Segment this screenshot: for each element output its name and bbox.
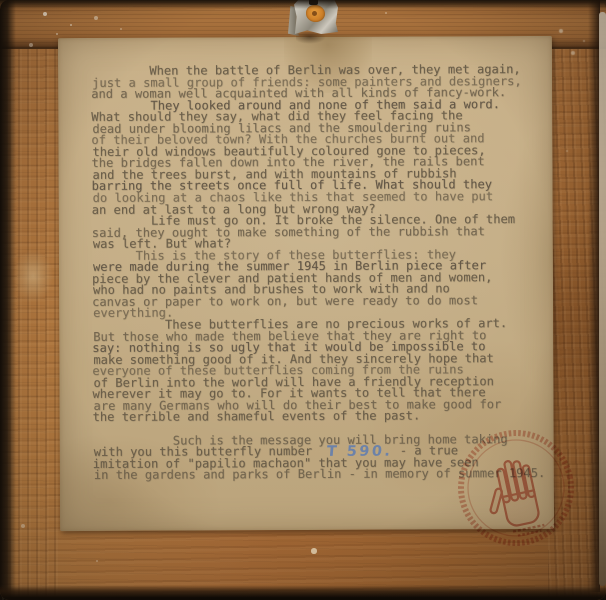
hand-stamp-icon	[440, 412, 592, 564]
wood-scuff-patch	[13, 250, 53, 302]
typed-text-block: When the battle of Berlin was over, they…	[91, 64, 545, 482]
hanger-label-dot	[312, 11, 317, 16]
photo-frame-back: When the battle of Berlin was over, they…	[0, 0, 606, 600]
board-edge-top	[0, 0, 606, 9]
board-edge-highlight	[599, 12, 606, 586]
board-edge-bottom	[0, 585, 606, 600]
board-edge-left	[0, 0, 16, 600]
